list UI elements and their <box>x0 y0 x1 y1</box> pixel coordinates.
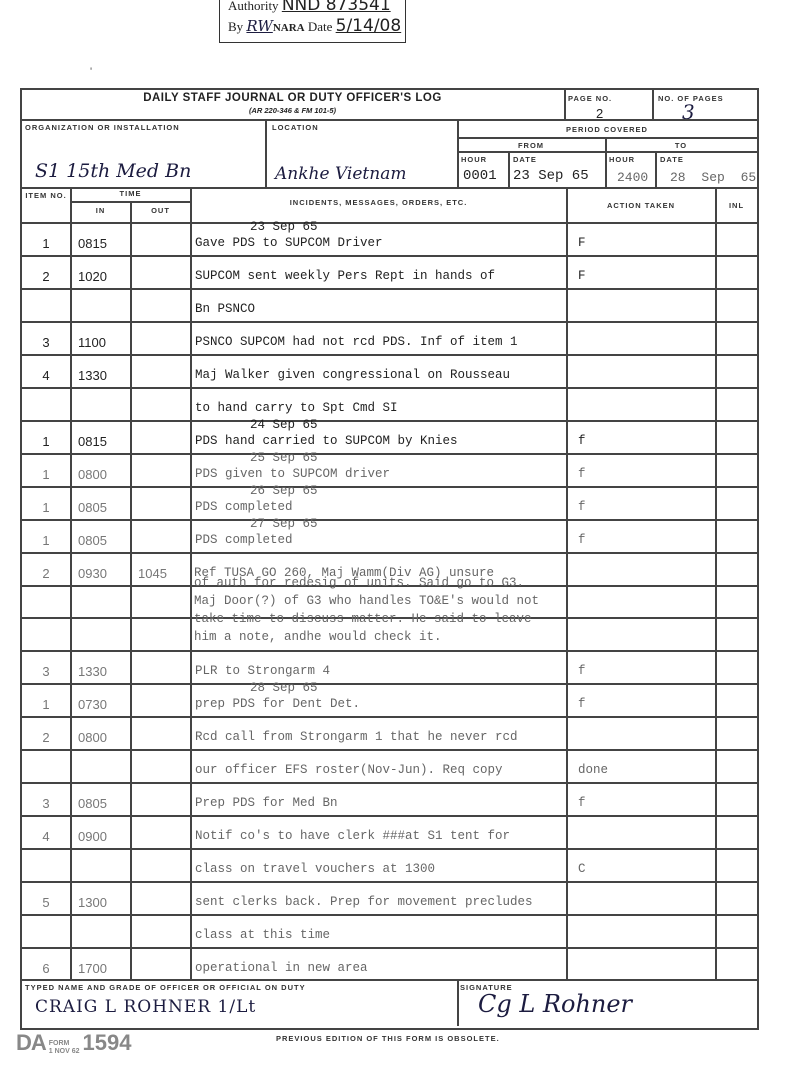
item-number: 5 <box>22 895 70 910</box>
incident-text: PDS completed <box>195 533 293 547</box>
incident-text: Notif co's to have clerk ###at S1 tent f… <box>195 829 510 843</box>
item-number: 2 <box>22 730 70 745</box>
form-title: DAILY STAFF JOURNAL OR DUTY OFFICER'S LO… <box>20 92 565 104</box>
incident-text: take time to discuss matter. He said to … <box>194 612 532 626</box>
organization-label: ORGANIZATION OR INSTALLATION <box>25 123 180 132</box>
action-taken: f <box>578 796 586 810</box>
header-time: TIME <box>71 189 190 198</box>
incident-text: Gave PDS to SUPCOM Driver <box>195 236 383 250</box>
action-taken: f <box>578 533 586 547</box>
from-hour-label: HOUR <box>461 155 487 164</box>
incident-text: to hand carry to Spt Cmd SI <box>195 401 398 415</box>
form-labels: FORM 1 NOV 62 <box>49 1040 80 1056</box>
authority-value: NND 873541 <box>282 0 391 15</box>
item-number: 1 <box>22 697 70 712</box>
header-in: IN <box>71 206 130 215</box>
incident-text: prep PDS for Dent Det. <box>195 697 360 711</box>
date-header: 25 Sep 65 <box>250 451 318 465</box>
incident-text: Maj Door(?) of G3 who handles TO&E's wou… <box>194 594 539 608</box>
form-subtitle: (AR 220-346 & FM 101-5) <box>20 106 565 115</box>
page-no-label: PAGE NO. <box>568 94 612 103</box>
from-label: FROM <box>457 141 605 150</box>
period-covered-label: PERIOD COVERED <box>457 125 757 134</box>
time-in: 0805 <box>78 500 107 515</box>
action-taken: f <box>578 500 586 514</box>
from-hour-value: 0001 <box>463 168 497 184</box>
time-out: 1045 <box>138 566 167 581</box>
time-in: 1020 <box>78 269 107 284</box>
header-item-no: ITEM NO. <box>22 191 70 201</box>
incident-text: SUPCOM sent weekly Pers Rept in hands of <box>195 269 495 283</box>
location-label: LOCATION <box>272 123 319 132</box>
incident-text: Bn PSNCO <box>195 302 255 316</box>
time-in: 1330 <box>78 368 107 383</box>
incident-text: class on travel vouchers at 1300 <box>195 862 435 876</box>
time-in: 1300 <box>78 895 107 910</box>
to-label: TO <box>605 141 757 150</box>
action-taken: f <box>578 467 586 481</box>
time-in: 0815 <box>78 236 107 251</box>
action-taken: F <box>578 236 586 250</box>
to-hour-label: HOUR <box>609 155 635 164</box>
to-date-value: 28 Sep 65 <box>670 170 756 185</box>
time-in: 0930 <box>78 566 107 581</box>
incident-text: operational in new area <box>195 961 368 975</box>
header-inl: INL <box>716 201 757 210</box>
action-taken: f <box>578 434 586 448</box>
item-number: 1 <box>22 467 70 482</box>
organization-value: S1 15th Med Bn <box>35 160 191 182</box>
date-header: 28 Sep 65 <box>250 681 318 695</box>
incident-text: PDS completed <box>195 500 293 514</box>
signature-value: Cg L Rohner <box>478 990 632 1018</box>
item-number: 4 <box>22 829 70 844</box>
time-in: 0800 <box>78 467 107 482</box>
date-label: Date <box>308 19 333 34</box>
time-in: 1330 <box>78 664 107 679</box>
from-date-value: 23 Sep 65 <box>513 168 589 184</box>
incident-text: PLR to Strongarm 4 <box>195 664 330 678</box>
item-number: 1 <box>22 533 70 548</box>
incident-text: him a note, andhe would check it. <box>194 630 442 644</box>
incident-text: PDS given to SUPCOM driver <box>195 467 390 481</box>
from-date-label: DATE <box>513 155 537 164</box>
incident-text: Prep PDS for Med Bn <box>195 796 338 810</box>
item-number: 1 <box>22 500 70 515</box>
item-number: 1 <box>22 236 70 251</box>
item-number: 3 <box>22 664 70 679</box>
location-value: Ankhe Vietnam <box>275 164 406 184</box>
date-header: 24 Sep 65 <box>250 418 318 432</box>
action-taken: f <box>578 664 586 678</box>
item-number: 2 <box>22 269 70 284</box>
item-number: 1 <box>22 434 70 449</box>
time-in: 0805 <box>78 796 107 811</box>
item-number: 3 <box>22 796 70 811</box>
form-date: 1 NOV 62 <box>49 1048 80 1056</box>
form-label: FORM <box>49 1040 80 1048</box>
incident-text: our officer EFS roster(Nov-Jun). Req cop… <box>195 763 503 777</box>
action-taken: done <box>578 763 608 777</box>
action-taken: f <box>578 697 586 711</box>
form-prefix: DA <box>16 1030 46 1056</box>
margin-mark: ' <box>90 66 92 78</box>
time-in: 0805 <box>78 533 107 548</box>
form-number: 1594 <box>83 1030 132 1056</box>
officer-value: CRAIG L ROHNER 1/Lt <box>35 997 256 1017</box>
by-label: By <box>228 19 243 34</box>
time-in: 0800 <box>78 730 107 745</box>
date-header: 27 Sep 65 <box>250 517 318 531</box>
previous-edition-note: PREVIOUS EDITION OF THIS FORM IS OBSOLET… <box>276 1034 500 1043</box>
incident-text: of auth for redesig of units. Said go to… <box>194 576 524 590</box>
time-in: 0900 <box>78 829 107 844</box>
action-taken: F <box>578 269 586 283</box>
time-in: 1100 <box>78 335 106 350</box>
incident-text: class at this time <box>195 928 330 942</box>
by-initials: RW <box>246 17 272 35</box>
incident-text: sent clerks back. Prep for movement prec… <box>195 895 533 909</box>
item-number: 4 <box>22 368 70 383</box>
item-number: 2 <box>22 566 70 581</box>
time-in: 0815 <box>78 434 107 449</box>
time-in: 0730 <box>78 697 107 712</box>
declassification-stamp: Authority NND 873541 By RWNARA Date 5/14… <box>219 0 406 43</box>
nara-label: NARA <box>273 22 305 34</box>
incident-text: Rcd call from Strongarm 1 that he never … <box>195 730 518 744</box>
authority-label: Authority <box>228 0 279 13</box>
to-date-label: DATE <box>660 155 684 164</box>
incident-text: PDS hand carried to SUPCOM by Knies <box>195 434 458 448</box>
incident-text: Maj Walker given congressional on Rousse… <box>195 368 510 382</box>
header-incidents: INCIDENTS, MESSAGES, ORDERS, ETC. <box>191 198 566 207</box>
date-header: 26 Sep 65 <box>250 484 318 498</box>
action-taken: C <box>578 862 586 876</box>
header-action-taken: ACTION TAKEN <box>567 201 715 210</box>
date-value: 5/14/08 <box>336 16 402 36</box>
date-header: 23 Sep 65 <box>250 220 318 234</box>
header-out: OUT <box>131 206 190 215</box>
item-number: 6 <box>22 961 70 976</box>
time-in: 1700 <box>78 961 107 976</box>
to-hour-value: 2400 <box>617 170 648 185</box>
form-number-block: DA FORM 1 NOV 62 1594 <box>16 1030 131 1056</box>
item-number: 3 <box>22 335 70 350</box>
officer-label: TYPED NAME AND GRADE OF OFFICER OR OFFIC… <box>25 983 306 992</box>
incident-text: PSNCO SUPCOM had not rcd PDS. Inf of ite… <box>195 335 518 349</box>
